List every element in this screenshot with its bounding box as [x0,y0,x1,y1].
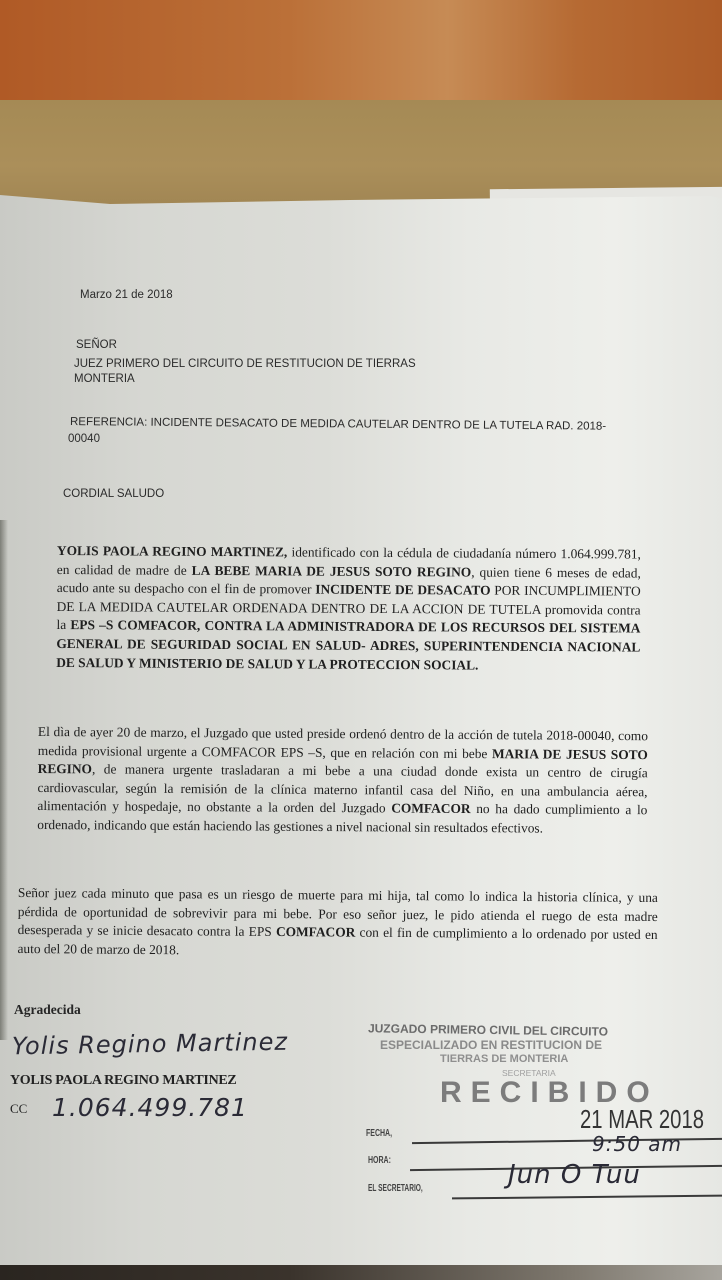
stamp-line3: TIERRAS DE MONTERIA [440,1053,568,1065]
cc-label: CC [10,1101,27,1117]
hora-label: HORA: [368,1155,391,1166]
secretario-label: EL SECRETARIO, [368,1183,423,1194]
petitioner-name: YOLIS PAOLA REGINO MARTINEZ, [57,543,287,559]
paragraph-1-text: identificado con la cédula de ciudadanía… [287,544,560,561]
closing: Agradecida [14,1002,81,1018]
bottom-shadow [0,1265,722,1280]
stamp-line2: ESPECIALIZADO EN RESTITUCION DE [380,1038,602,1052]
background-wall [0,0,722,105]
secretary-signature: Jun O Tuu [508,1160,641,1190]
recipient-line2: MONTERIA [74,373,135,385]
recipient-title: SEÑOR [76,339,117,351]
stamp-date: 21 MAR 2018 [580,1104,704,1135]
reference-line2: 00040 [68,433,100,445]
petitioner-id: 1.064.999.781 [561,546,638,561]
company-name: COMFACOR [276,924,355,940]
handwritten-cc-number: 1.064.499.781 [52,1093,248,1122]
greeting: CORDIAL SALUDO [63,488,164,500]
paragraph-2: El dìa de ayer 20 de marzo, el Juzgado q… [37,723,648,839]
baby-name: LA BEBE MARIA DE JESUS SOTO REGINO [192,562,472,579]
letter-date: Marzo 21 de 2018 [80,289,173,301]
handwritten-signature: Yolis Regino Martinez [12,1028,288,1061]
recipient-line1: JUEZ PRIMERO DEL CIRCUITO DE RESTITUCION… [74,358,416,370]
hora-handwritten: 9:50 am [592,1132,682,1156]
paper-edge-shadow [0,520,8,1040]
paragraph-1: YOLIS PAOLA REGINO MARTINEZ, identificad… [56,542,641,676]
signer-name: YOLIS PAOLA REGINO MARTINEZ [10,1073,236,1089]
incident-title: INCIDENTE DE DESACATO [315,582,490,598]
company-name: COMFACOR [391,801,470,817]
paragraph-3: Señor juez cada minuto que pasa es un ri… [17,884,658,963]
respondents: EPS –S COMFACOR, CONTRA LA ADMINISTRADOR… [56,617,640,672]
fecha-label: FECHA, [366,1128,392,1139]
